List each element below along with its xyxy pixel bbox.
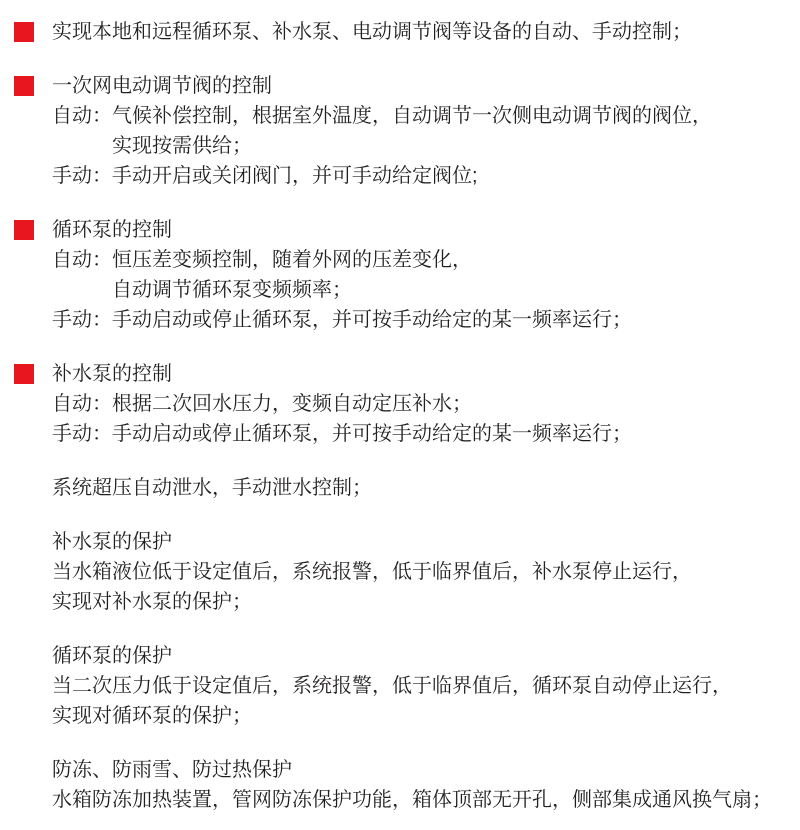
- paragraph-block: 系统超压自动泄水，手动泄水控制；: [0, 473, 800, 503]
- text-line: 自动：恒压差变频控制，随着外网的压差变化，: [52, 245, 800, 275]
- red-bullet-square-icon: [14, 220, 34, 240]
- bullet-item-title: 补水泵的控制: [52, 359, 800, 389]
- bullet-item: 补水泵的控制自动：根据二次回水压力，变频自动定压补水；手动：手动启动或停止循环泵…: [0, 359, 800, 449]
- text-line: 手动：手动启动或停止循环泵，并可按手动给定的某一频率运行；: [52, 419, 800, 449]
- bullet-item: 实现本地和远程循环泵、补水泵、电动调节阀等设备的自动、手动控制；: [0, 17, 800, 47]
- paragraph-title: 循环泵的保护: [52, 641, 800, 671]
- text-line: 当二次压力低于设定值后，系统报警，低于临界值后，循环泵自动停止运行，: [52, 671, 800, 701]
- paragraph-block: 防冻、防雨雪、防过热保护水箱防冻加热装置，管网防冻保护功能，箱体顶部无开孔，侧部…: [0, 755, 800, 815]
- text-line: 手动：手动开启或关闭阀门，并可手动给定阀位;: [52, 161, 800, 191]
- feature-list-document: 实现本地和远程循环泵、补水泵、电动调节阀等设备的自动、手动控制；一次网电动调节阀…: [0, 0, 800, 830]
- paragraph-block: 循环泵的保护当二次压力低于设定值后，系统报警，低于临界值后，循环泵自动停止运行，…: [0, 641, 800, 731]
- red-bullet-square-icon: [14, 76, 34, 96]
- text-line: 实现按需供给；: [52, 131, 800, 161]
- text-line: 自动：气候补偿控制，根据室外温度，自动调节一次侧电动调节阀的阀位，: [52, 101, 800, 131]
- paragraph-title: 防冻、防雨雪、防过热保护: [52, 755, 800, 785]
- paragraph-block: 补水泵的保护当水箱液位低于设定值后，系统报警，低于临界值后，补水泵停止运行，实现…: [0, 527, 800, 617]
- bullet-item: 循环泵的控制自动：恒压差变频控制，随着外网的压差变化，自动调节循环泵变频频率；手…: [0, 215, 800, 335]
- red-bullet-square-icon: [14, 364, 34, 384]
- paragraph-title: 补水泵的保护: [52, 527, 800, 557]
- text-line: 手动：手动启动或停止循环泵，并可按手动给定的某一频率运行；: [52, 305, 800, 335]
- bullet-item: 一次网电动调节阀的控制自动：气候补偿控制，根据室外温度，自动调节一次侧电动调节阀…: [0, 71, 800, 191]
- text-line: 实现对补水泵的保护；: [52, 587, 800, 617]
- text-line: 实现对循环泵的保护；: [52, 701, 800, 731]
- red-bullet-square-icon: [14, 22, 34, 42]
- bullet-item-title: 循环泵的控制: [52, 215, 800, 245]
- bullet-item-title: 一次网电动调节阀的控制: [52, 71, 800, 101]
- text-line: 当水箱液位低于设定值后，系统报警，低于临界值后，补水泵停止运行，: [52, 557, 800, 587]
- paragraph-title: 系统超压自动泄水，手动泄水控制；: [52, 473, 800, 503]
- bullet-item-title: 实现本地和远程循环泵、补水泵、电动调节阀等设备的自动、手动控制；: [52, 17, 800, 47]
- text-line: 水箱防冻加热装置，管网防冻保护功能，箱体顶部无开孔，侧部集成通风换气扇；: [52, 785, 800, 815]
- text-line: 自动：根据二次回水压力，变频自动定压补水；: [52, 389, 800, 419]
- text-line: 自动调节循环泵变频频率；: [52, 275, 800, 305]
